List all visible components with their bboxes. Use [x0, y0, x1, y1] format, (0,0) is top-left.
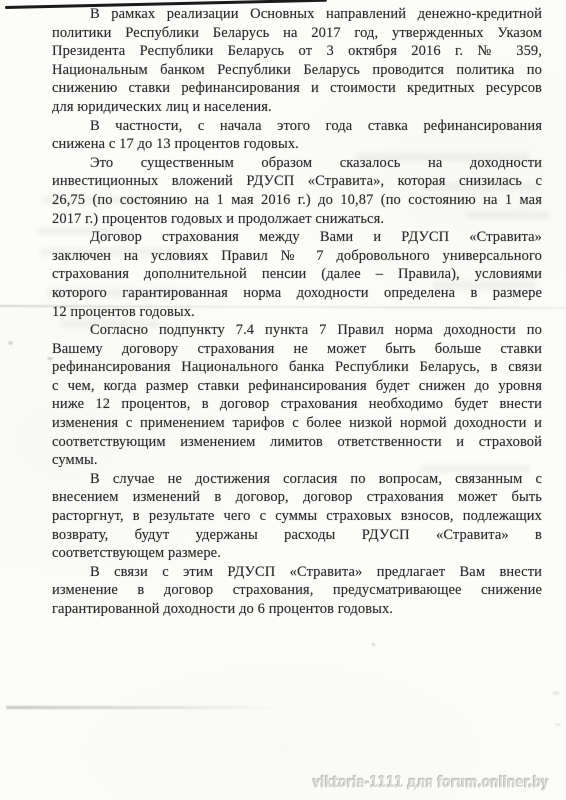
scan-speck: [555, 723, 561, 726]
text-line: гарантированной доходности до 6 проценто…: [52, 600, 542, 619]
text-line: которого гарантированная норма доходност…: [52, 284, 542, 303]
text-line: соответствующим изменением лимитов ответ…: [52, 433, 542, 452]
scan-speck: [552, 691, 560, 695]
text-line: Национальным банком Республики Беларусь …: [52, 61, 542, 80]
text-line: В рамках реализации Основных направлений…: [52, 5, 542, 24]
scanned-letter-page: В рамках реализации Основных направлений…: [0, 0, 566, 800]
scan-speck: [8, 341, 13, 345]
text-line: Договор страхования между Вами и РДУСП «…: [52, 228, 542, 247]
text-line: заключен на условиях Правил № 7 добровол…: [52, 247, 542, 266]
text-line: страхования дополнительной пенсии (далее…: [52, 265, 542, 284]
text-line: 2017 г.) процентов годовых и продолжает …: [52, 210, 542, 229]
text-line: возврату, будут удержаны расходы РДУСП «…: [52, 526, 542, 545]
text-line: изменение в договор страхования, предусм…: [52, 581, 542, 600]
text-line: 26,75 (по состоянию на 1 мая 2016 г.) до…: [52, 191, 542, 210]
text-line: снижению ставки рефинансирования и стоим…: [52, 79, 542, 98]
text-line: Это существенным образом сказалось на до…: [52, 154, 542, 173]
text-line: суммы.: [52, 451, 542, 470]
text-line: В частности, с начала этого года ставка …: [52, 117, 542, 136]
text-line: изменения с применением тарифов с более …: [52, 414, 542, 433]
text-line: инвестиционных вложений РДУСП «Стравита»…: [52, 172, 542, 191]
letter-text: В рамках реализации Основных направлений…: [52, 5, 542, 619]
scan-speck: [372, 643, 375, 646]
text-line: внесением изменений в договор, договор с…: [52, 488, 542, 507]
text-line: 12 процентов годовых.: [52, 303, 542, 322]
text-line: В случае не достижения согласия по вопро…: [52, 470, 542, 489]
text-line: расторгнут, в результате чего с суммы ст…: [52, 507, 542, 526]
text-line: соответствующем размере.: [52, 544, 542, 563]
text-line: Вашему договору страхования не может быт…: [52, 340, 542, 359]
text-line: рефинансирования Национального банка Рес…: [52, 358, 542, 377]
text-line: снижена с 17 до 13 процентов годовых.: [52, 135, 542, 154]
text-line: политики Республики Беларусь на 2017 год…: [52, 24, 542, 43]
text-line: с чем, когда размер ставки рефинансирова…: [52, 377, 542, 396]
text-line: В связи с этим РДУСП «Стравита» предлага…: [52, 563, 542, 582]
watermark-text: viktoria-1111 для forum.onliner.by: [313, 773, 549, 791]
text-line: Согласно подпункту 7.4 пункта 7 Правил н…: [52, 321, 542, 340]
text-line: для юридических лиц и населения.: [52, 98, 542, 117]
scan-bottom-smudge: [6, 706, 278, 709]
text-line: Президента Республики Беларусь от 3 октя…: [52, 42, 542, 61]
text-line: ниже 12 процентов, в договор страхования…: [52, 395, 542, 414]
